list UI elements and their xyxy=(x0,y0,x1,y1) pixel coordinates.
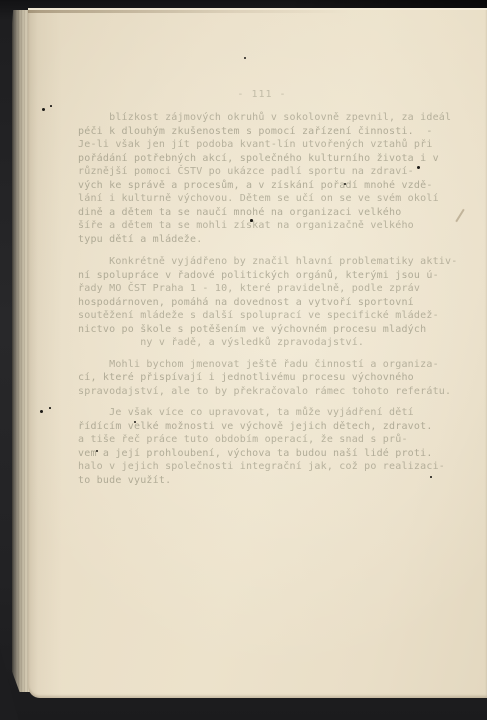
text-line: péči k dlouhým zkušenostem s pomocí zaří… xyxy=(78,125,450,139)
text-line: Konkrétně vyjádřeno by značil hlavní pro… xyxy=(78,255,450,269)
typewritten-text-block: blízkost zájmových okruhů v sokolovně zp… xyxy=(78,111,450,487)
paragraph: blízkost zájmových okruhů v sokolovně zp… xyxy=(78,111,450,246)
text-line: různější pomoci ČSTV po ukázce padlí spo… xyxy=(78,165,450,179)
text-line: Mohli bychom jmenovat ještě řadu činnost… xyxy=(78,358,450,372)
ink-speck xyxy=(49,407,51,409)
page-number: - 111 - xyxy=(78,89,446,100)
text-line: blízkost zájmových okruhů v sokolovně zp… xyxy=(78,111,450,125)
ink-speck xyxy=(134,421,136,423)
text-line: pořádání potřebných akcí, společného kul… xyxy=(78,152,450,166)
text-line: dině a dětem ta se naučí mnohé na organi… xyxy=(78,206,450,220)
text-line: řady MO ČST Praha 1 - 10, které pravidel… xyxy=(78,282,450,296)
text-line: Je-li však jen jít podoba kvant-lín utvo… xyxy=(78,138,450,152)
text-line: lání i kulturně výchovou. Dětem se učí o… xyxy=(78,192,450,206)
text-line: ny v řadě, a výsledků zpravodajství. xyxy=(78,336,450,350)
ink-speck xyxy=(244,57,246,59)
ink-speck xyxy=(417,166,420,169)
ink-speck xyxy=(50,105,52,107)
ink-speck xyxy=(430,476,432,478)
text-line: vých ke správě a procesům, a v získání p… xyxy=(78,179,450,193)
text-line: halo v jejich společnosti integrační jak… xyxy=(78,460,450,474)
paragraph: Konkrétně vyjádřeno by značil hlavní pro… xyxy=(78,255,450,350)
ink-speck xyxy=(250,219,253,222)
text-line: soutěžení mládeže s další spoluprací ve … xyxy=(78,309,450,323)
text-line: typu dětí a mládeže. xyxy=(78,233,450,247)
text-line: spravodajství, ale to by překračovalo rá… xyxy=(78,385,450,399)
paragraph: Mohli bychom jmenovat ještě řadu činnost… xyxy=(78,358,450,399)
ink-speck xyxy=(40,410,43,413)
text-line: hospodárnoven, pomáhá na dovednost a vyt… xyxy=(78,296,450,310)
text-line: nictvo po škole s potěšením ve výchovném… xyxy=(78,323,450,337)
text-line: cí, které přispívají i jednotlivému proc… xyxy=(78,371,450,385)
text-line: Je však více co upravovat, ta může vyjád… xyxy=(78,406,450,420)
text-line: vem a její prohloubení, výchova ta budou… xyxy=(78,447,450,461)
text-line: a tiše řeč práce tuto obdobím operací, ž… xyxy=(78,433,450,447)
paragraph: Je však více co upravovat, ta může vyjád… xyxy=(78,406,450,487)
text-line: šíře a dětem ta se mohli získat na organ… xyxy=(78,219,450,233)
text-line: to bude využít. xyxy=(78,474,450,488)
text-line: ní spolupráce v řadové politických orgán… xyxy=(78,269,450,283)
